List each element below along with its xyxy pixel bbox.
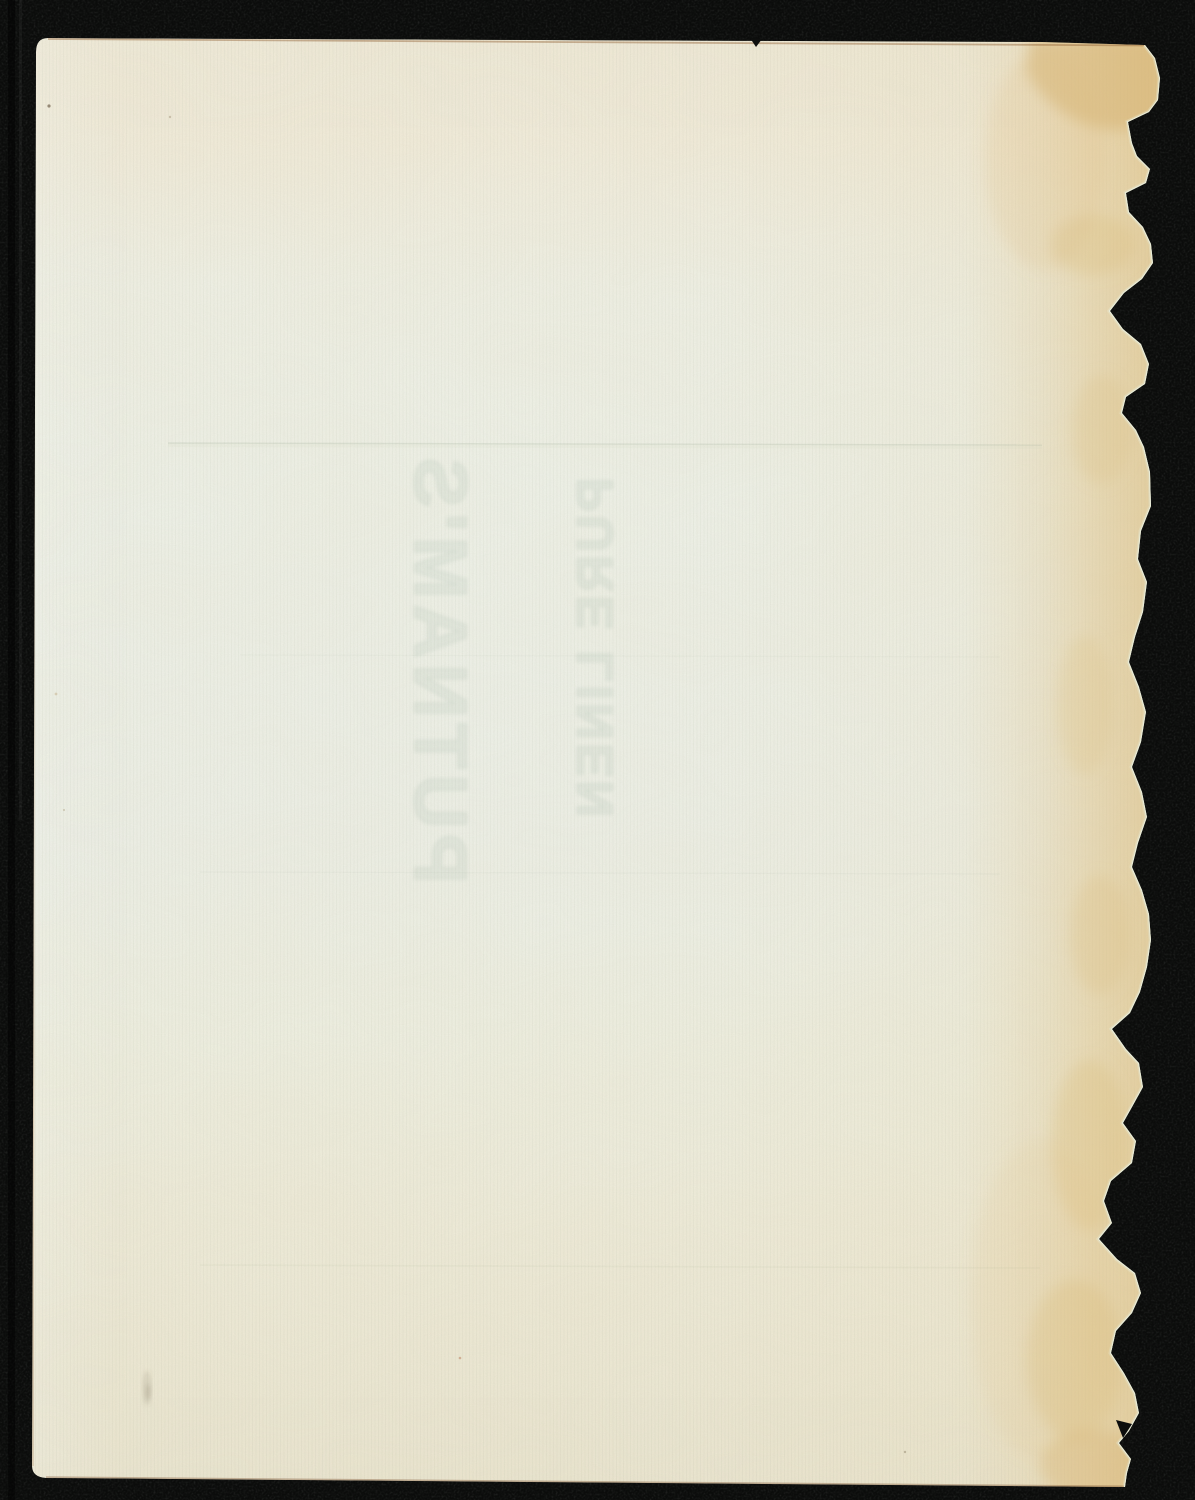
paper-sheet [25,30,1175,1500]
scan-artwork [0,0,1195,1500]
backing-fold-highlight [19,0,22,820]
smudge-mark [142,1371,152,1405]
backing-fold-shadow [8,0,15,1500]
scanned-page-photo: PUTNAM'S PURE LINEN [0,0,1195,1500]
